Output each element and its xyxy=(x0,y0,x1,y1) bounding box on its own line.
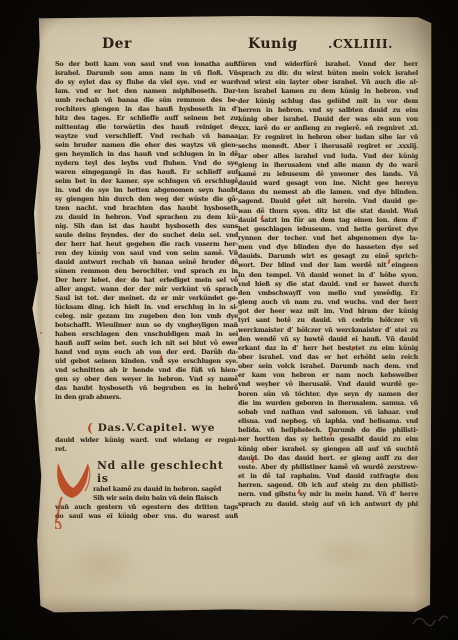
text-line: sein bruder namen die eher des waytzs vñ… xyxy=(55,141,238,150)
text-line: boren sün vñ töchter. dye seyn dy namen … xyxy=(238,390,418,399)
text-line: wan dẽ thurn syon. ditz ist die stat dau… xyxy=(238,207,418,216)
text-line: ren dey künig von saul vnd von seim samẽ… xyxy=(55,249,238,258)
text-line: haben erschlagen den vnschuldigen mañ in… xyxy=(55,330,238,339)
text-line: dauid. Do das dauid hort. er gieng auff … xyxy=(238,454,418,463)
text-line: sprach zu dir. du wirst hüten mein volck… xyxy=(238,69,418,78)
text-line: celeg. mir gezam im zugeben den lon vmb … xyxy=(55,312,238,321)
illuminated-initial-V xyxy=(55,459,94,529)
text-line: waytze vnd verschlieff. Vnd rechab vñ ba… xyxy=(55,132,238,141)
text-line: mittentag die torwärtin des hauß reinige… xyxy=(55,123,238,132)
text-line: den vmbschwayff von mello vnd ynwẽdig. E… xyxy=(238,289,418,298)
text-line: zu dauid in hebron. Vnd sprachen zu dem … xyxy=(55,213,238,222)
text-line: der herr hat heut gegeben die rach vnser… xyxy=(55,240,238,249)
text-line: in. vnd do sye im hetten abgenomen seyn … xyxy=(55,186,238,195)
text-line: in den grab abners. xyxy=(55,393,238,402)
text-line: das haubt hysboseth vñ begruben es in he… xyxy=(55,384,238,393)
text-line: dauid ward gesagt von ine. Nicht gee her… xyxy=(238,179,418,188)
text-line: herren in hebron. vnd sy salbten dauid z… xyxy=(238,106,418,115)
text-line: vnd wirst ein layter ober israhel. Vñ au… xyxy=(238,78,418,87)
text-line: vnd schnitten ab ir hende vnd die füß vñ… xyxy=(55,366,238,375)
text-line: botschafft. Wieuilmer nun so dy vngheyli… xyxy=(55,321,238,330)
text-line: die im wurden geboren in iherusalem. sam… xyxy=(238,399,418,408)
red-ink-speck xyxy=(38,252,40,254)
text-line: wort. Der blind vnd der lam werdẽ nit ei… xyxy=(238,261,418,270)
text-line: dauid antwurt rechab vñ banaa seinẽ brud… xyxy=(55,258,238,267)
left-column-text: So der bott kam von saul vnd von ionatha… xyxy=(55,60,238,402)
text-line: gen heymlich in das hauß vnd schlugen in… xyxy=(55,150,238,159)
text-line: sünen remmon den berochiter. vnd sprach … xyxy=(55,267,238,276)
red-ink-speck xyxy=(40,332,42,334)
text-line: hauß auff seim bet. such ich nit sei blu… xyxy=(55,339,238,348)
text-line: er kam von hebron er nam noch kebsweiber xyxy=(238,371,418,380)
text-line: dann du nemest ab die lamen. vnd dye bli… xyxy=(238,188,418,197)
text-line: ober sein volck israhel. Darumb nach dem… xyxy=(238,362,418,371)
text-line: sprach zu dauid. steig auf vñ ich antwur… xyxy=(238,500,418,509)
text-line: hitz des tages. Er schlieffe auff seinem… xyxy=(55,114,238,123)
right-text-column: füren vnd widerfürẽ israhel. Vnnd der he… xyxy=(238,60,418,509)
text-line: tzen nacht. vnd brachten das haubt hysbo… xyxy=(55,204,238,213)
text-line: iar ober alles israhel vnd iuda. Vnd der… xyxy=(238,152,418,161)
opening-line-large: Nd alle geschlecht is xyxy=(97,459,238,485)
running-title-kunig: Kunig xyxy=(248,36,298,52)
text-line: et in dẽ tal raphaim. Vnd dauid ratfragt… xyxy=(238,472,418,481)
text-line: Sih wir sein dein bain vñ dein flaisch xyxy=(93,494,238,503)
text-line: gieng auch vñ nam zu. vnd wuchs. vnd der… xyxy=(238,298,418,307)
text-line: Der herr lebet. der do hat erlediget mei… xyxy=(55,276,238,285)
text-line: herren. sagend. Ob ich auf steig zu den … xyxy=(238,481,418,490)
text-line: dauid wider künig ward. vnd wielang er r… xyxy=(55,436,238,445)
text-line: Saul ist tot. der meinet. dz er mir verk… xyxy=(55,294,238,303)
text-line: uid gebot seinen kinden. vnd sye erschlu… xyxy=(55,357,238,366)
text-line: den wendẽ vñ sy bawtẽ dauid ei hauß. Vñ … xyxy=(238,335,418,344)
text-line: ret. xyxy=(55,445,238,454)
text-line: aller angst. wann der der mir verkünt vñ… xyxy=(55,285,238,294)
text-line: helida. vñ heliphelech. Darumb do die ph… xyxy=(238,426,418,435)
text-line: rynnen der techer. vnd het abgenomen dye… xyxy=(238,234,418,243)
text-line: elisua. vnd nepheg. vñ iaphia. vnd helis… xyxy=(238,417,418,426)
faint-pencil-mark xyxy=(410,604,454,634)
text-line: künig ober israhel. Dauid der was ein su… xyxy=(238,115,418,124)
text-line: het geschlagen iebuseum. vnd hette gerür… xyxy=(238,225,418,234)
text-line: hand vnd nym euch ab von der erd. Darũb … xyxy=(55,348,238,357)
left-text-column: So der bott kam von saul vnd von ionatha… xyxy=(55,60,238,529)
text-line: israhel. Darumb son amn nam in vñ floß. … xyxy=(55,69,238,78)
chapter-opening: Nd alle geschlecht is rahel kamẽ zu daui… xyxy=(55,459,238,529)
chapter-subtitle: dauid wider künig ward. vnd wielang er r… xyxy=(55,436,238,454)
text-line: sechs monedt. Aber ĩ iherusalẽ regiret e… xyxy=(238,142,418,151)
text-line: erkant daz in d’ herr het bestetet zu ei… xyxy=(238,344,418,353)
text-line: in den tempel. Vñ dauid wonet in d’ höhe… xyxy=(238,271,418,280)
text-line: nern. vnd gibstu sy mir in mein hand. Vñ… xyxy=(238,490,418,499)
text-line: got der heer waz mit im. Vnd hiram der k… xyxy=(238,307,418,316)
text-line: lam. vnd er het den namen miphiboseth. D… xyxy=(55,87,238,96)
text-line: rochiters giengen in das hauß hysboseth … xyxy=(55,105,238,114)
right-column-text: füren vnd widerfürẽ israhel. Vnnd der he… xyxy=(238,60,418,509)
text-line: sobab vnd nathan vnd salomon. vñ iabaar.… xyxy=(238,408,418,417)
text-line: umb rechab vñ banaa die sün remmon des b… xyxy=(55,96,238,105)
text-line: seim bet in der kamer. sye schlugen vñ e… xyxy=(55,177,238,186)
text-line: waren eingegangẽ in das hauß. Er schlief… xyxy=(55,168,238,177)
text-line: So der bott kam von saul vnd von ionatha… xyxy=(55,60,238,69)
text-line: künig ober israhel. sy giengen all auf v… xyxy=(238,445,418,454)
text-line: iar. Er regniret in hebron ober iudan si… xyxy=(238,133,418,142)
text-line: veste. Aber dy philistiner kamẽ vñ wurdẽ… xyxy=(238,463,418,472)
text-line: do sy eylet das sy fluhe da viel sye. vn… xyxy=(55,78,238,87)
text-line: saule deins feyndes. der do suchet dein … xyxy=(55,231,238,240)
chapter-heading-title: Das.V.Capitel. wye xyxy=(98,422,215,434)
text-line: men vnd dye blinden dye do hasseten dye … xyxy=(238,243,418,252)
text-line: vnd weyber võ iherusalẽ. Vnd dauid wurdẽ… xyxy=(238,380,418,389)
red-paragraph-mark: ( xyxy=(87,421,93,435)
text-line: rahel kamẽ zu dauid in hebron. sagẽd xyxy=(93,485,238,494)
text-line: vnd hieß sy die stat dauid. vnd er bawet… xyxy=(238,280,418,289)
text-line: dauids. Darumb wirt es gesagt zu einẽ sp… xyxy=(238,252,418,261)
text-line: nydern teyl des leybs vnd fluhen. Vnd do… xyxy=(55,159,238,168)
text-line: der künig schlug das gelübd mit in vor d… xyxy=(238,97,418,106)
text-line: sagend. Dauid geet nit herein. Vnd dauid… xyxy=(238,197,418,206)
text-line: kamẽ zu iebuseum dẽ ynwoner des lands. V… xyxy=(238,170,418,179)
folio-number: .CXLIIII. xyxy=(328,36,393,51)
manuscript-page: Der Kunig .CXLIIII. So der bott kam von … xyxy=(30,16,432,613)
text-line: ner hortten das sy hetten gesalbt dauid … xyxy=(238,435,418,444)
text-line: füren vnd widerfürẽ israhel. Vnnd der he… xyxy=(238,60,418,69)
running-title-der: Der xyxy=(102,36,132,52)
text-line: werckmaister d’ hölczer vñ werckmaister … xyxy=(238,326,418,335)
photo-mat: Der Kunig .CXLIIII. So der bott kam von … xyxy=(0,0,458,640)
text-line: ten israhel kamen zu dem künig in hebron… xyxy=(238,87,418,96)
text-line: nig. Sih dan ist das haubt hysboseth des… xyxy=(55,222,238,231)
text-line: gen sy ober den weyer in hebron. Vnd sy … xyxy=(55,375,238,384)
text-line: xxx. iarẽ do er anfieng zu regierẽ. eñ r… xyxy=(238,124,418,133)
text-line: gieng in iherusalem vnd alle mann dy do … xyxy=(238,161,418,170)
text-line: dauid satzt im für an dem tag einen lon.… xyxy=(238,216,418,225)
chapter-heading: (Das.V.Capitel. wye xyxy=(87,416,238,435)
text-line: ober israhel. vnd das er het erhöht sein… xyxy=(238,353,418,362)
text-line: sy giengen hin durch den weg der wüste d… xyxy=(55,195,238,204)
text-line: tyri sant botẽ zu dauid. vñ cedrin hölcz… xyxy=(238,316,418,325)
text-line: lücksam ding. ich hielt in. vnd erschlug… xyxy=(55,303,238,312)
